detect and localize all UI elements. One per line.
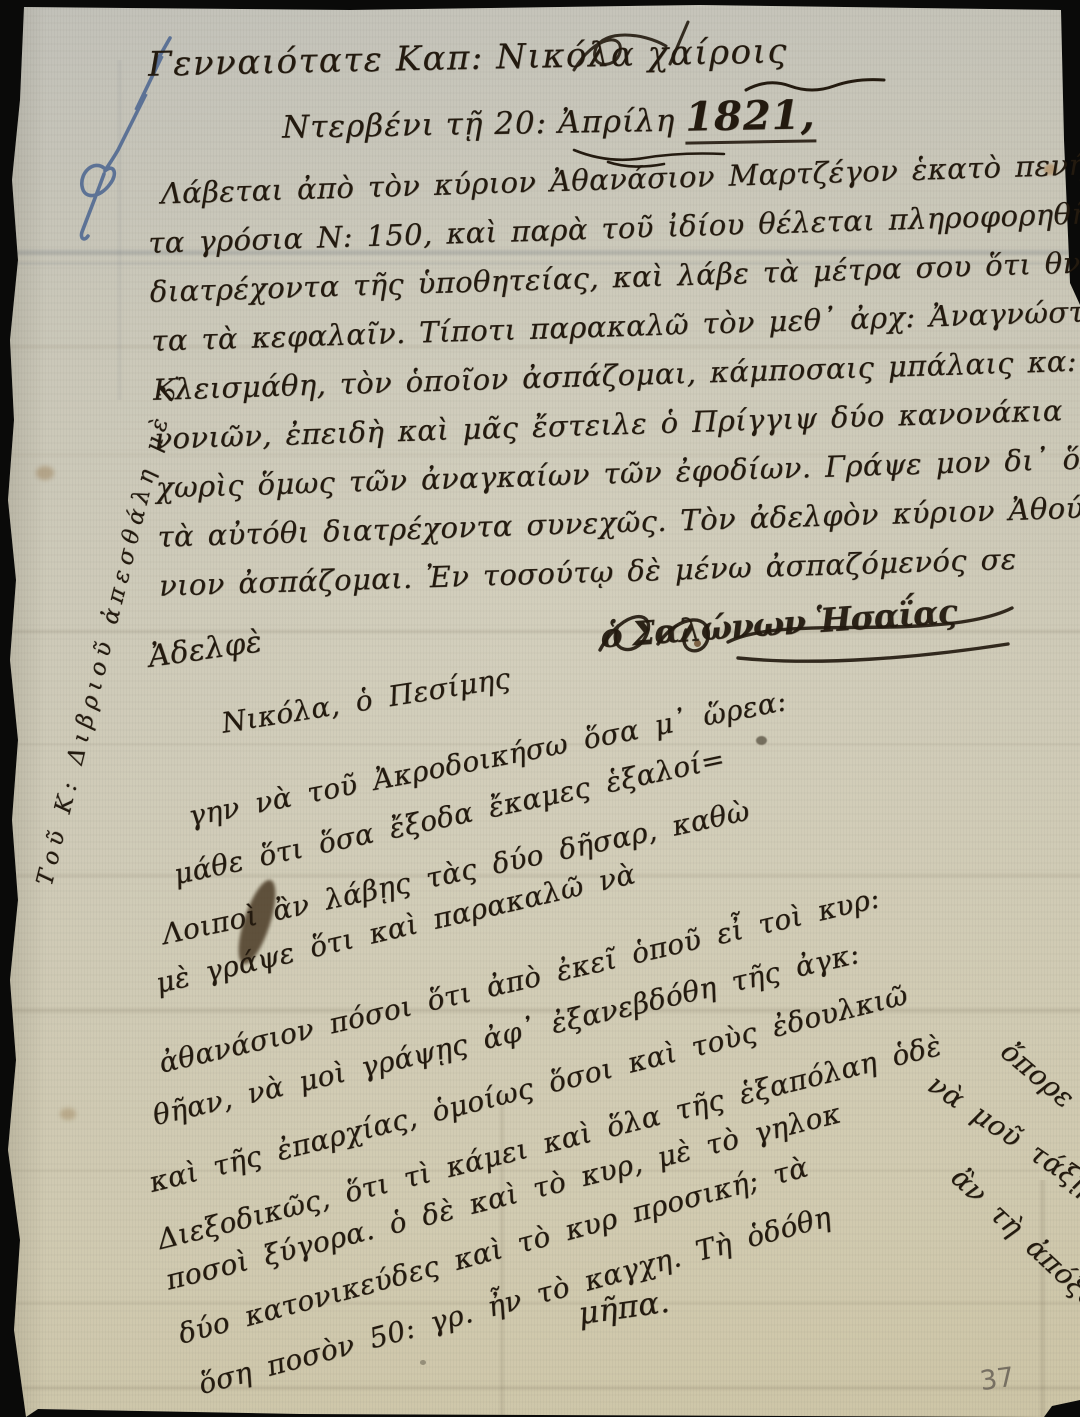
scanned-letter: { "document": { "heading": { "salutation…: [0, 0, 1080, 1417]
dateline-year: 1821,: [685, 91, 816, 144]
torn-left-edge-shading: [0, 0, 46, 1417]
rust-stain: [60, 1108, 76, 1120]
ink-spot: [756, 736, 767, 745]
letter-body: Λάβεται ἀπὸ τὸν κύριον Ἀθανάσιον Μαρτζέγ…: [146, 140, 1080, 610]
vertical-crease: [1038, 1180, 1047, 1417]
dateline-place: Ντερβένι τῇ 20: Ἀπρίλη: [282, 103, 676, 146]
speck: [420, 1360, 426, 1365]
dateline: Ντερβένι τῇ 20: Ἀπρίλη1821,: [282, 91, 816, 147]
fold-line: [0, 1384, 1080, 1392]
page-number-pencil: 37: [978, 1362, 1016, 1397]
